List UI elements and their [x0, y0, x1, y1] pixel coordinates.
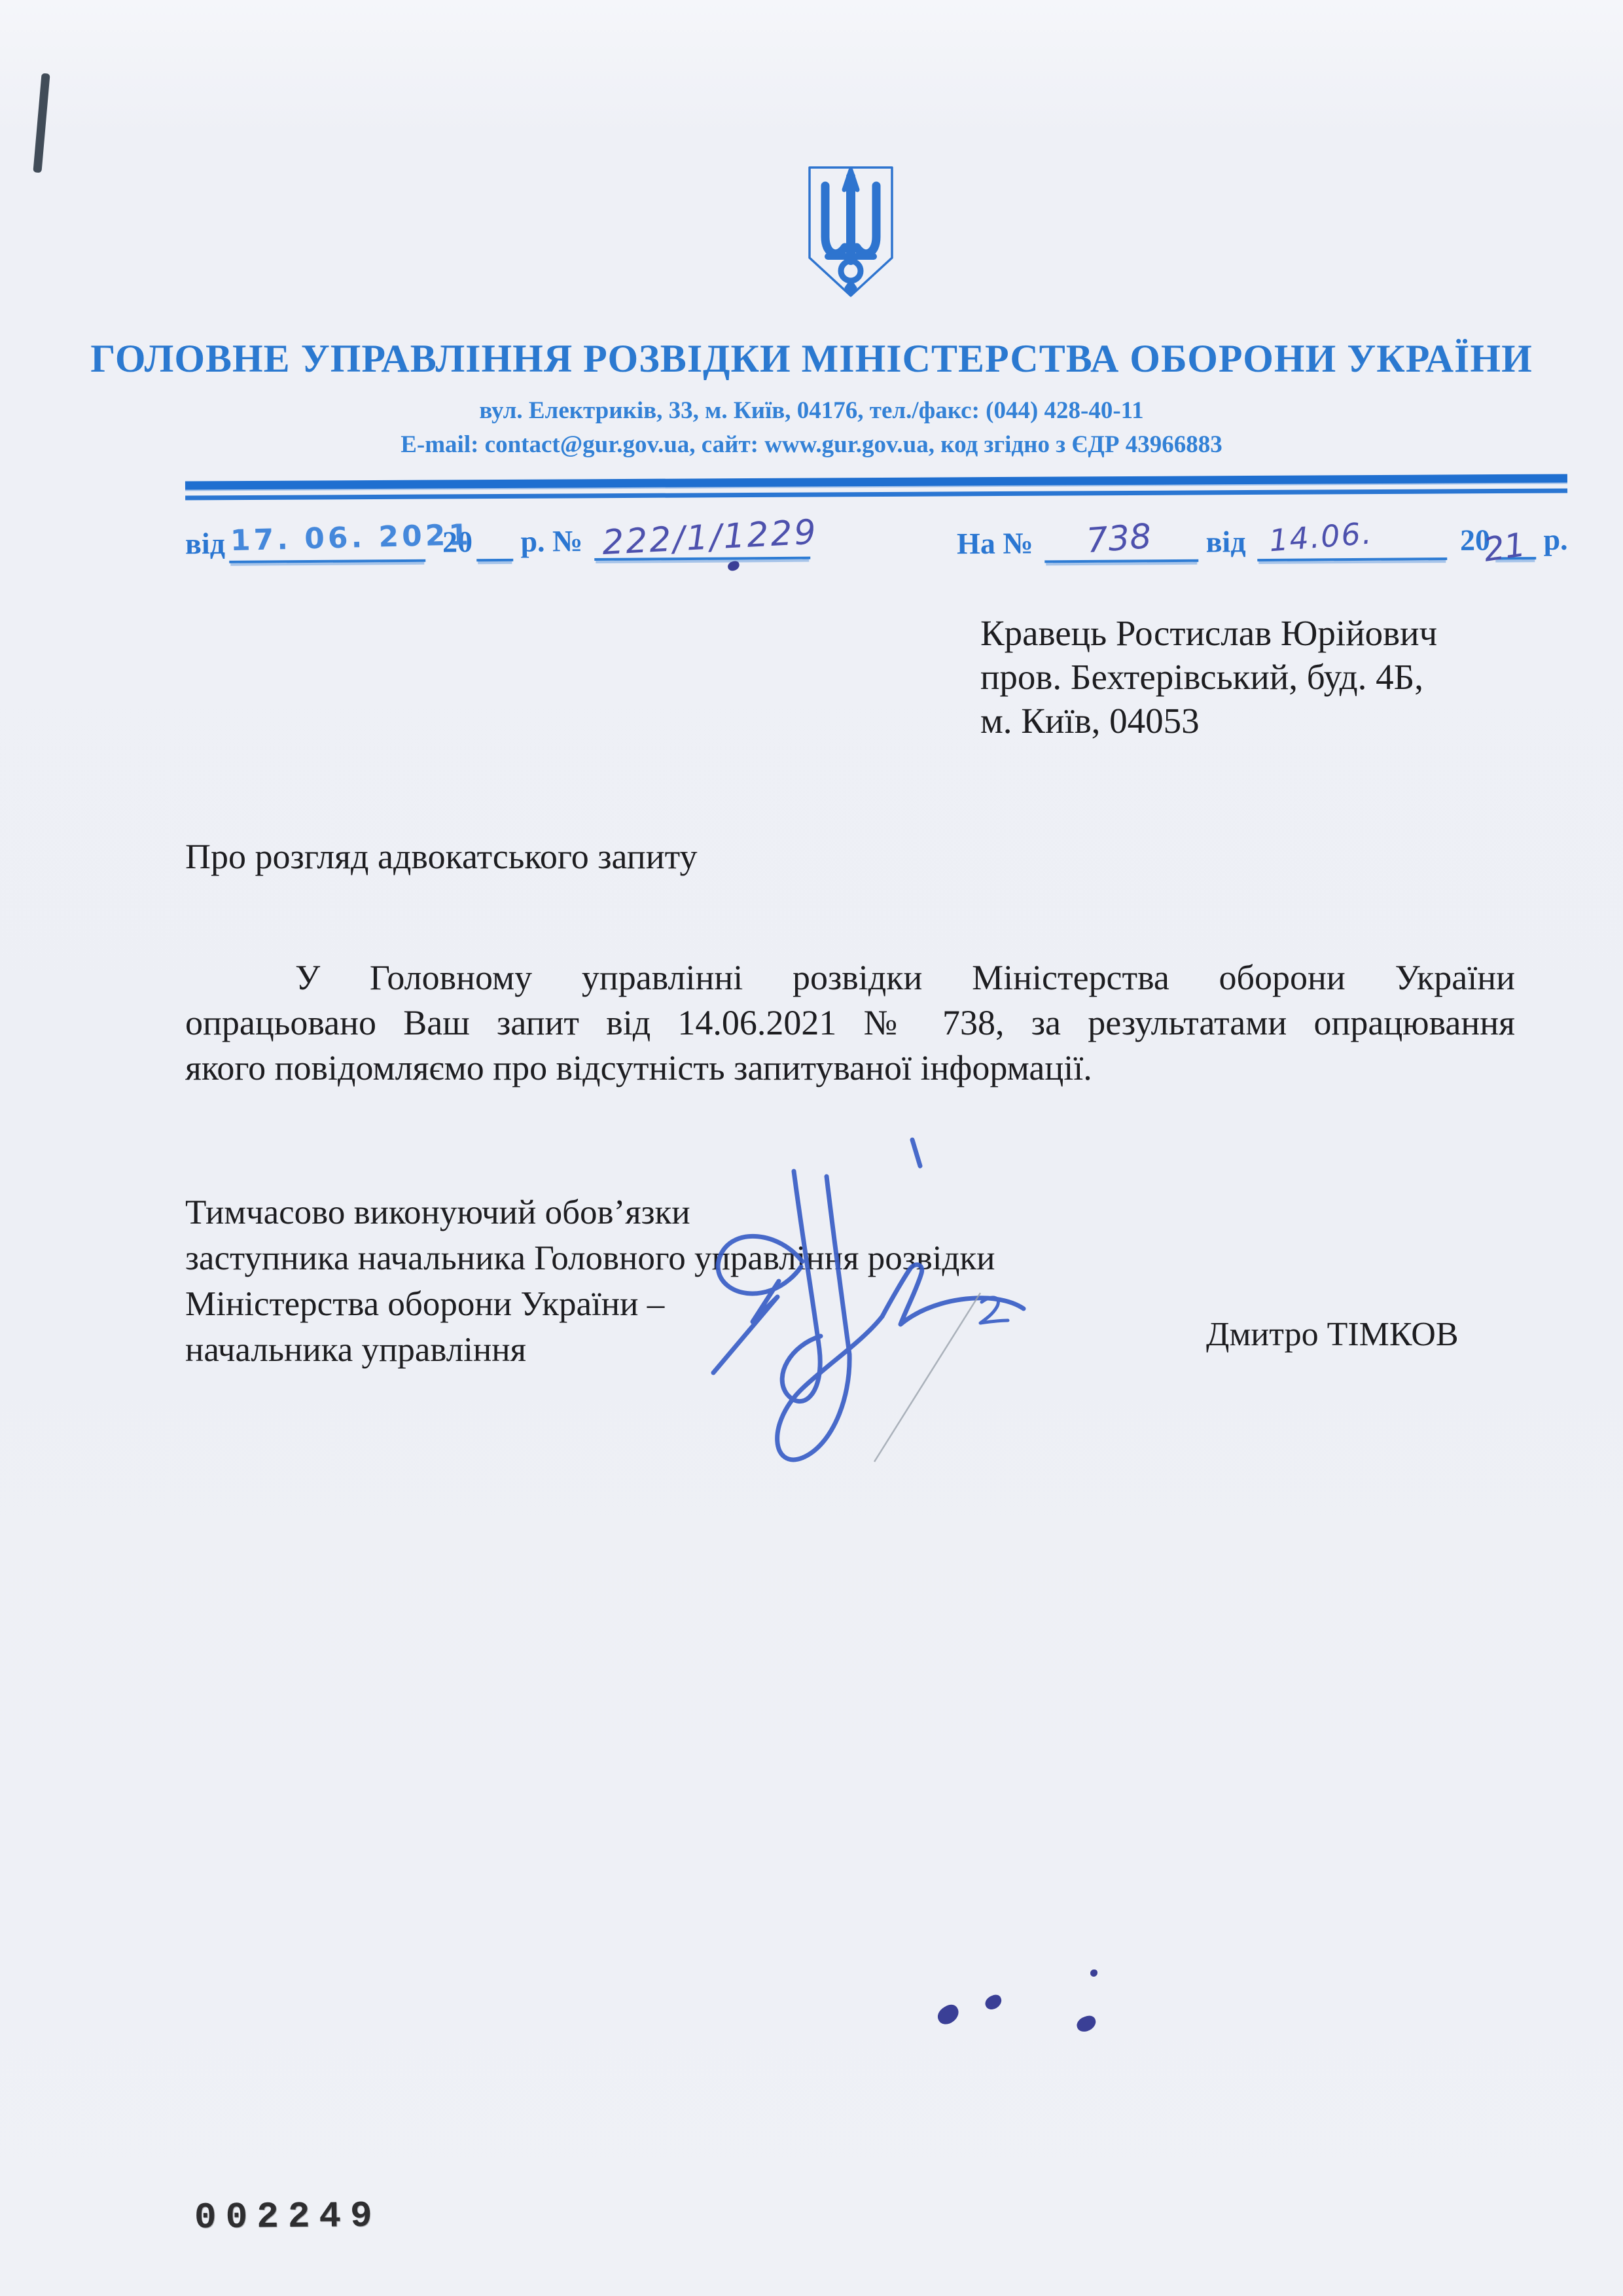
- body-line: опрацьовано Ваш запит від 14.06.2021 № 7…: [185, 1000, 1515, 1046]
- outgoing-date-field: 17. 06. 2021: [229, 521, 425, 563]
- date-stamp: 17. 06. 2021: [230, 518, 472, 557]
- header-divider-rule: [185, 474, 1567, 500]
- ink-blot: [983, 1992, 1004, 2011]
- ukraine-trident-emblem-icon: [789, 161, 913, 305]
- year-blank-field: [476, 521, 513, 561]
- scanned-letter-page: { "colors": { "print_blue": "#2b79d0", "…: [0, 0, 1623, 2296]
- label-from: від: [185, 525, 229, 563]
- incoming-date-handwriting: 14.06.: [1268, 515, 1374, 558]
- incoming-reference-group: На № 738 від 14.06. 20 21 р.: [957, 507, 1572, 564]
- body-line: У Головному управлінні розвідки Міністер…: [185, 955, 1515, 1000]
- scan-artifact-mark: [33, 73, 50, 173]
- addressee-city: м. Київ, 04053: [980, 699, 1437, 743]
- ink-blot: [1075, 2014, 1098, 2034]
- copy-number-stamp: 002249: [194, 2195, 382, 2238]
- label-on-no: На №: [957, 525, 1044, 563]
- body-paragraph: У Головному управлінні розвідки Міністер…: [185, 955, 1515, 1091]
- ink-blot: [1090, 1969, 1097, 1977]
- year-handwriting: 21: [1481, 525, 1527, 569]
- addressee-name: Кравець Ростислав Юрійович: [980, 611, 1437, 655]
- signer-name: Дмитро ТІМКОВ: [1206, 1315, 1459, 1354]
- org-contact-line: E-mail: contact@gur.gov.ua, сайт: www.gu…: [0, 431, 1623, 459]
- incoming-date-field: 14.06.: [1257, 520, 1447, 561]
- outgoing-number-field: 222/1/1229: [594, 519, 810, 561]
- addressee-block: Кравець Ростислав Юрійович пров. Бехтері…: [980, 611, 1437, 743]
- body-line: якого повідомляємо про відсутність запит…: [185, 1046, 1515, 1091]
- outgoing-reference-group: від 17. 06. 2021 20 р. № 222/1/1229: [185, 507, 810, 564]
- ink-blot: [726, 560, 740, 572]
- incoming-number-handwriting: 738: [1085, 517, 1153, 561]
- label-year-suffix: р.: [1536, 521, 1572, 559]
- subject-line: Про розгляд адвокатського запиту: [185, 836, 697, 877]
- label-from-2: від: [1198, 523, 1257, 562]
- org-address-line: вул. Електриків, 33, м. Київ, 04176, тел…: [0, 397, 1623, 425]
- org-name-title: ГОЛОВНЕ УПРАВЛІННЯ РОЗВІДКИ МІНІСТЕРСТВА…: [0, 338, 1623, 380]
- label-year-no: р. №: [513, 523, 594, 561]
- year-field: 21: [1494, 519, 1536, 559]
- outgoing-number-handwriting: 222/1/1229: [601, 512, 818, 563]
- addressee-street: пров. Бехтерівський, буд. 4Б,: [980, 655, 1437, 699]
- handwritten-signature: [674, 1106, 1054, 1479]
- incoming-number-field: 738: [1044, 521, 1198, 563]
- ink-blot: [935, 2002, 962, 2028]
